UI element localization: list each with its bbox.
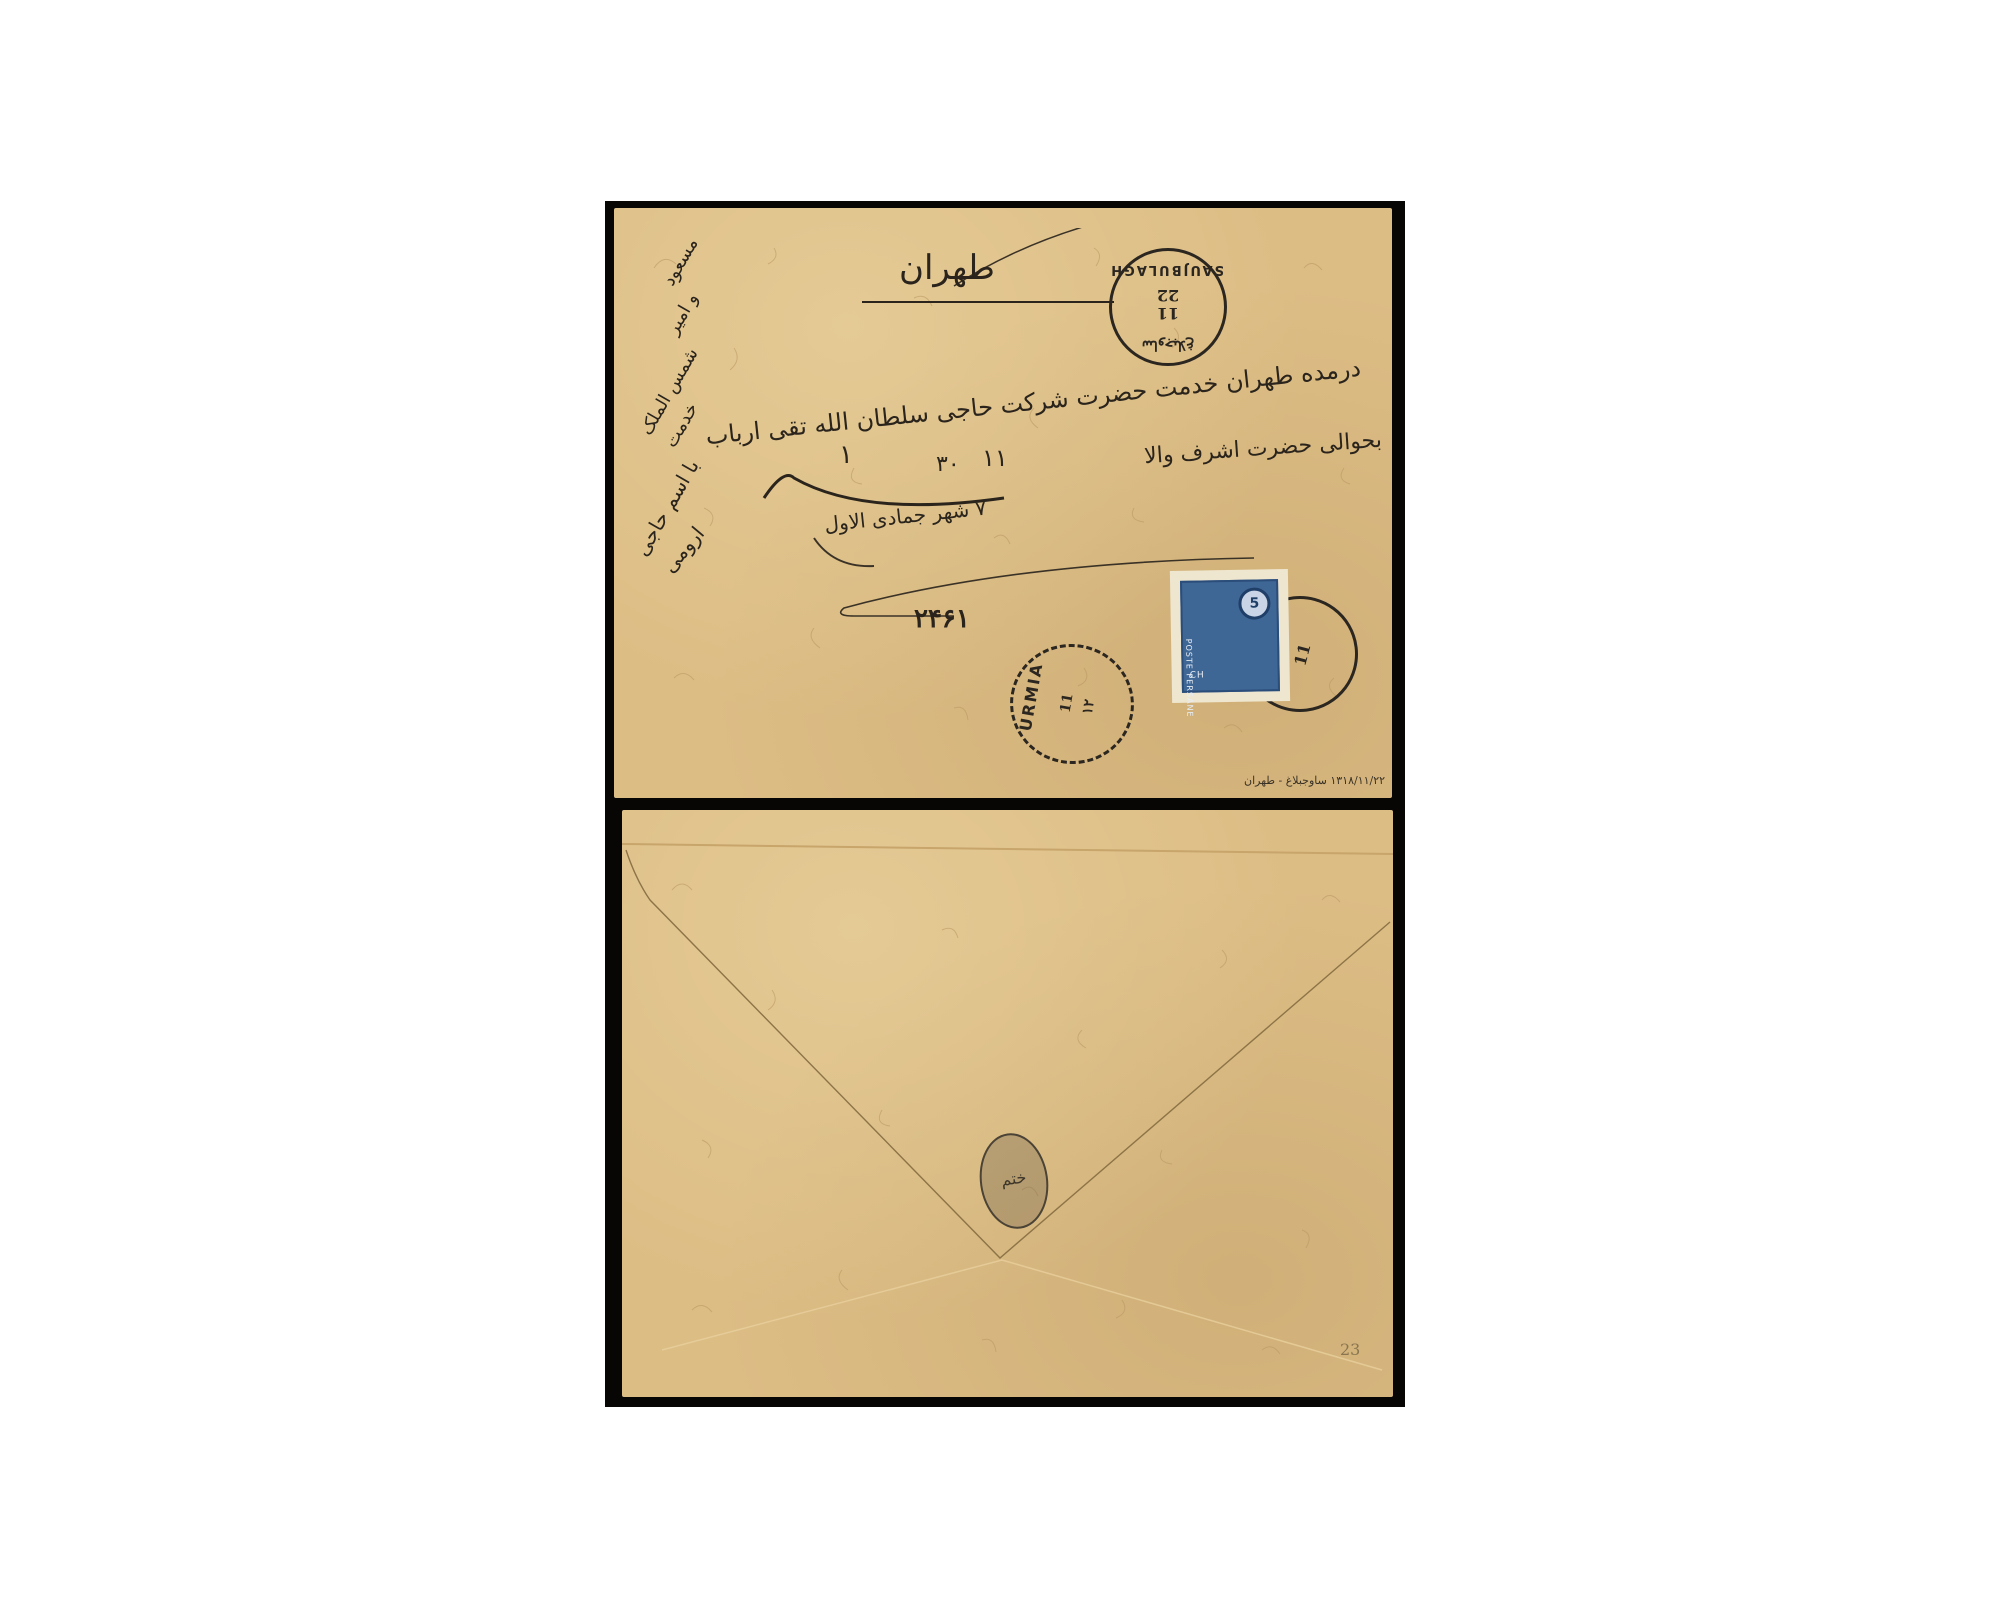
count-numeral: ۱ [839,440,853,470]
numeral-eleven: ۱۱ [982,444,1008,472]
stamp-value-unit: CH [1190,670,1205,680]
pencil-note: 23 [1340,1340,1360,1359]
stamp-value: 5 [1238,587,1271,620]
sender-address-column: مسعود و امیر شمس الملک خدمت با اسم حاجی … [626,268,716,576]
numeral-thirty: ۳۰ [936,452,960,477]
postmark-saujbulagh: SAUJBULAGH 11 22 ساوجبلاغ [1109,248,1227,366]
archive-note: ۱۳۱۸/۱۱/۲۲ ساوجبلاغ - طهران [1244,774,1385,787]
paper-fiber-texture [622,810,1393,1397]
envelope-back [622,810,1393,1397]
lower-fold-lines [662,1260,1382,1370]
envelope-front: طهران درمده طهران خدمت حضرت شرکت حاجی سل… [614,208,1392,798]
destination-city: طهران [899,248,995,288]
top-fold-line [622,844,1393,854]
register-number: ۲۴۶۱ [914,604,970,634]
postage-stamp: POSTE PERSANE 5 CH [1174,573,1286,699]
